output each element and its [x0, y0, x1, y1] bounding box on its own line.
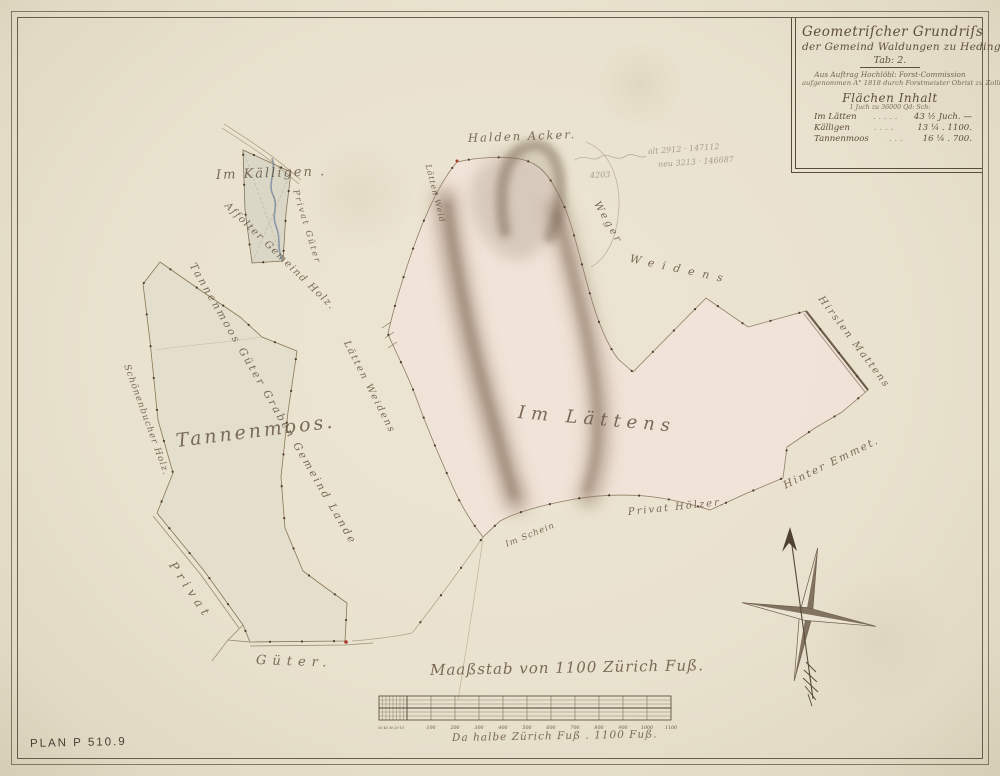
scale-tick: 100	[426, 725, 435, 731]
area-table-subtitle: 1 Juch zu 36000 Qd: Sch:	[802, 104, 978, 111]
scale-tick: 1100	[665, 725, 677, 731]
label-gueter: Güter.	[256, 653, 333, 671]
road-bottom	[250, 643, 373, 646]
scale-tick: 300	[474, 725, 483, 731]
compass-rose	[730, 527, 887, 706]
map-subtitle: der Gemeind Waldungen zu Hedingen	[802, 41, 978, 53]
scale-micro-ticks: 50 40 30 20 10	[378, 726, 405, 730]
red-corner-mark	[456, 160, 459, 163]
scale-tick: 200	[449, 725, 459, 731]
scale-bar: 100 200 300 400 500 600 700 800 900 1000…	[378, 696, 677, 731]
plan-number: PLAN P 510.9	[30, 736, 127, 750]
map-title: Geometriſcher Grundriſs	[802, 24, 978, 40]
sheet-tab: Tab: 2.	[802, 55, 978, 66]
commission-note: aufgenommen A° 1818 durch Forstmeister O…	[802, 79, 978, 87]
area-table-title: Flächen Inhalt	[802, 91, 978, 105]
commission-note: Aus Auftrag Hochlöbl: Forst-Commission	[802, 70, 978, 79]
tannenmoos-parcel	[143, 262, 412, 661]
pencil-note: 4203	[590, 170, 611, 180]
area-row: Källigen . . . . 13 ¼ . 1100.	[802, 122, 978, 133]
pencil-scribble	[575, 154, 646, 160]
map-sheet: { "plan_number": "PLAN P 510.9", "title_…	[0, 0, 1000, 776]
area-row: Tannenmoos . . . 16 ¼ . 700.	[802, 133, 978, 144]
red-survey-mark	[344, 640, 348, 644]
title-block: Geometriſcher Grundriſs der Gemeind Wald…	[791, 18, 982, 173]
area-row: Im Lätten . . . . . 43 ½ Juch. —	[802, 111, 978, 122]
